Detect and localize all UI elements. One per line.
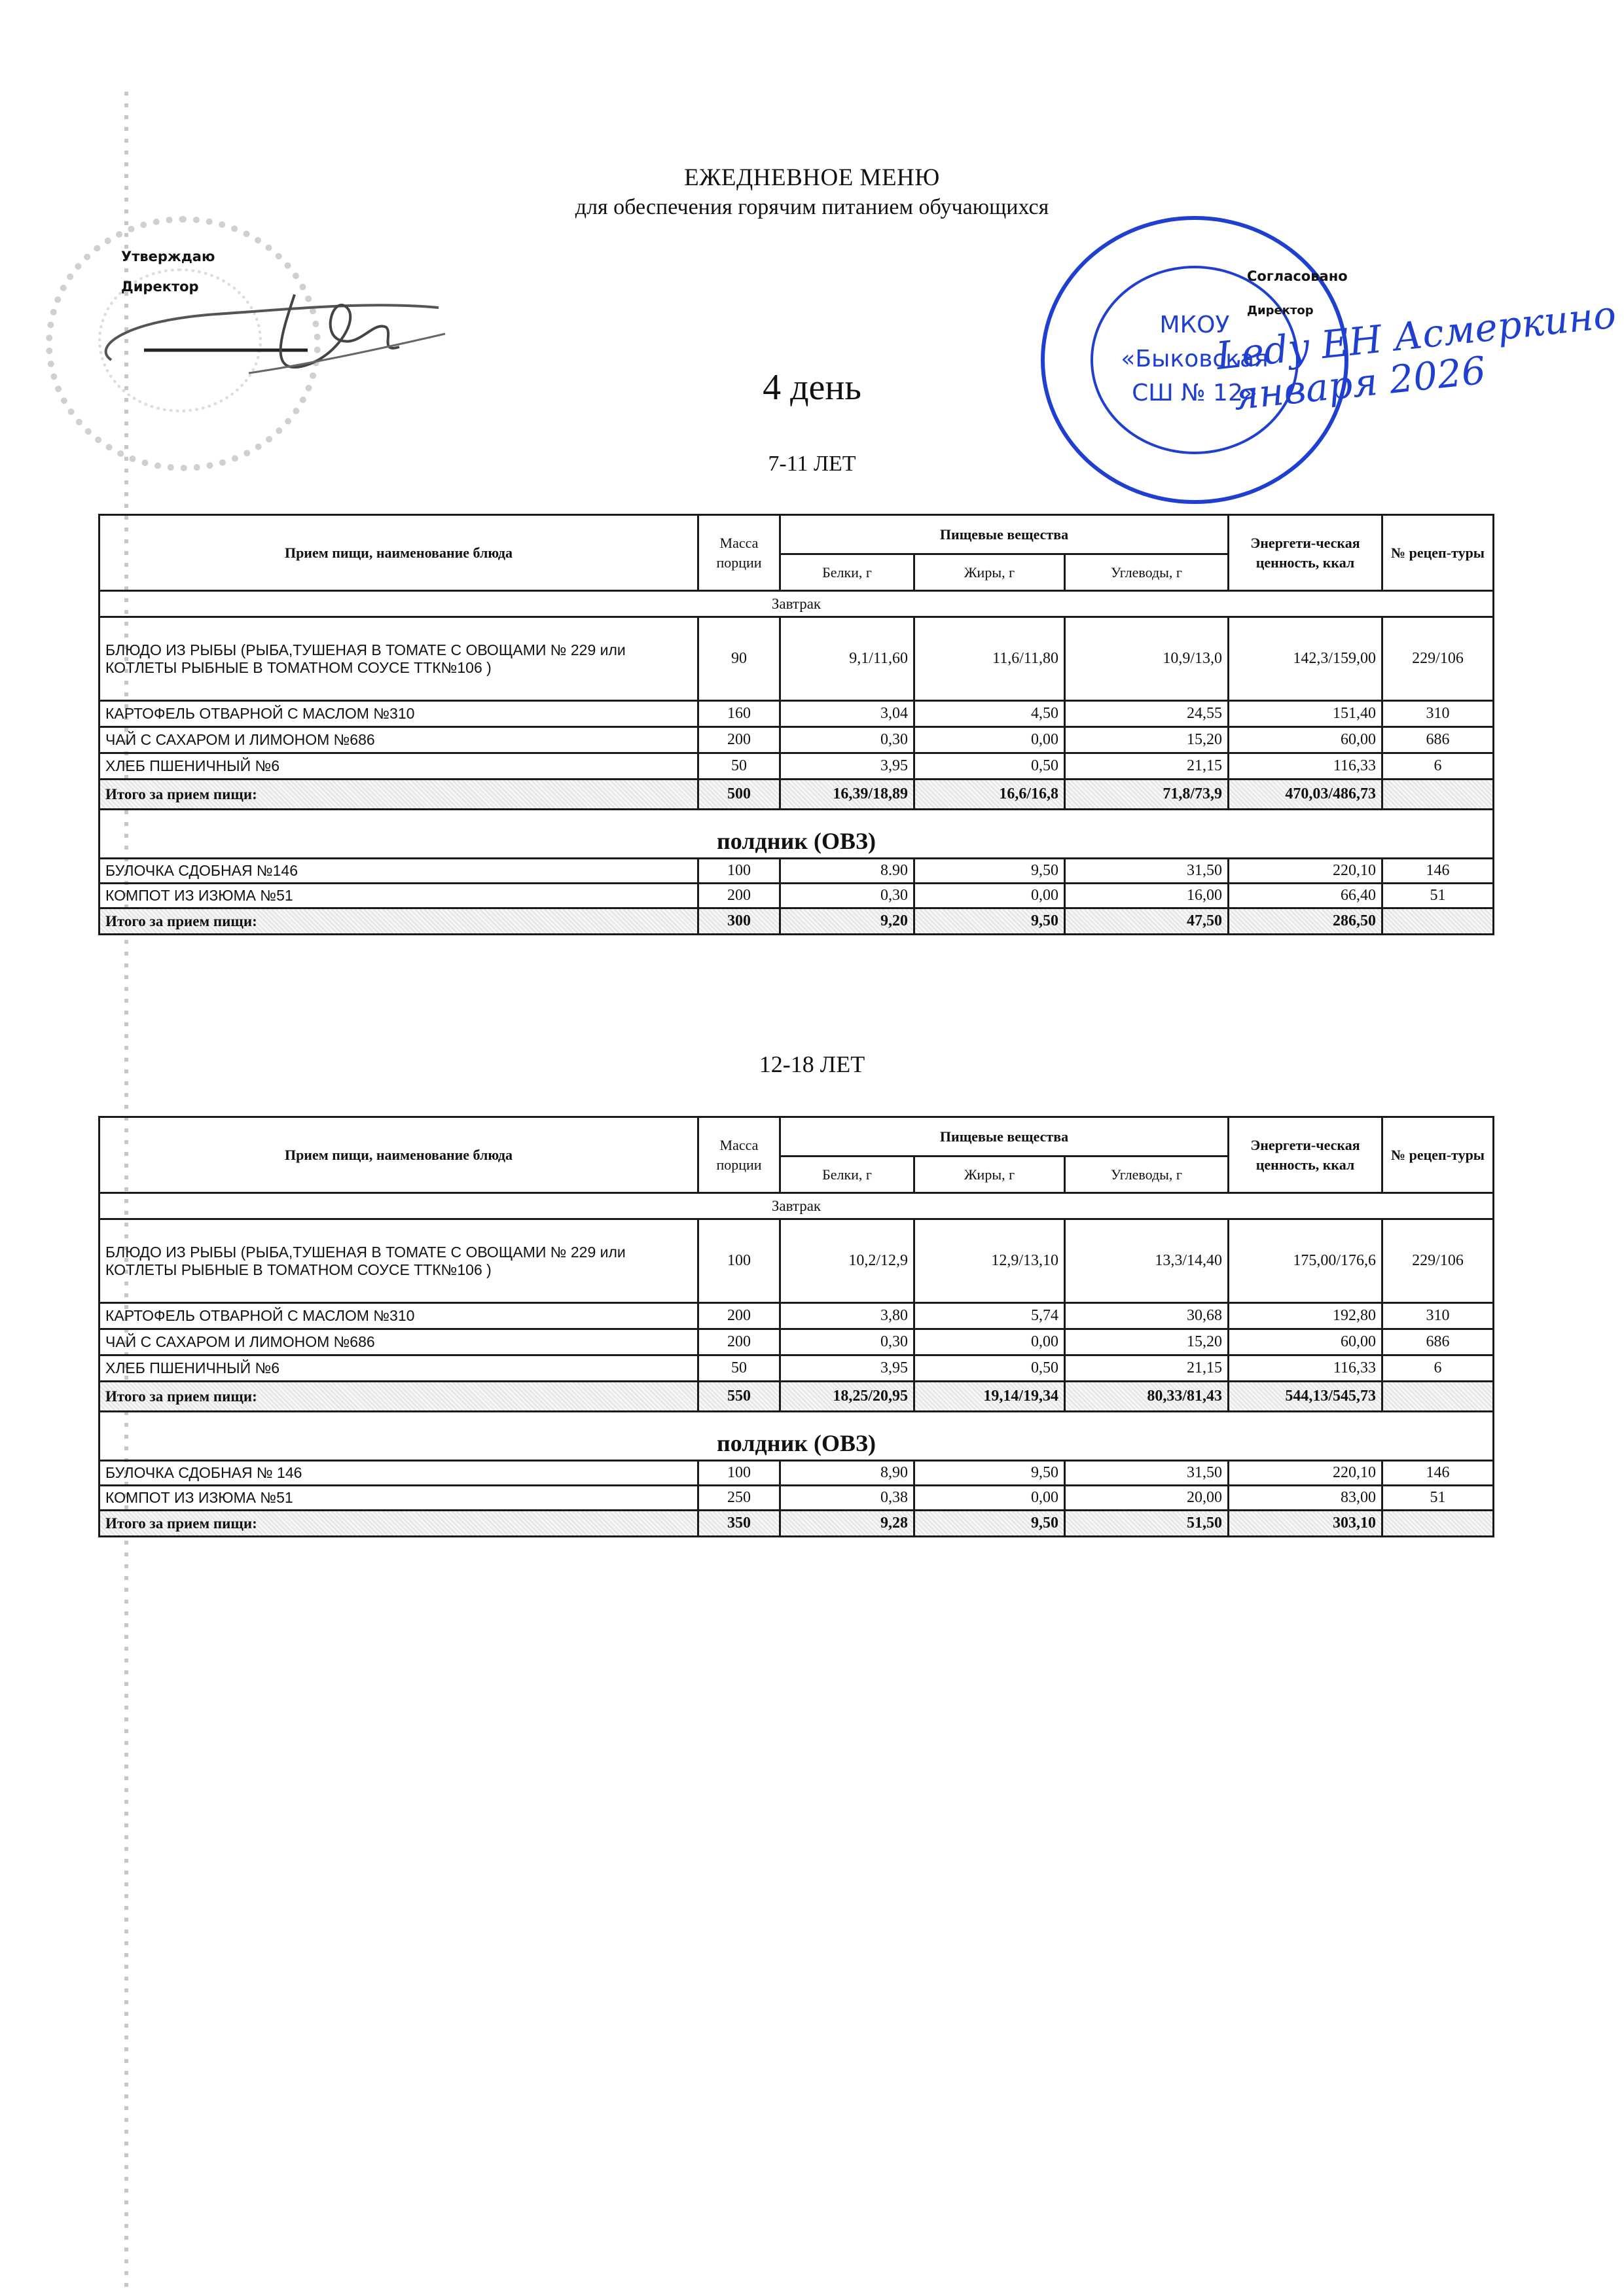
carbs-value: 80,33/81,43 (1065, 1382, 1229, 1412)
energy-value: 220,10 (1229, 1461, 1382, 1486)
carbs-value: 21,15 (1065, 753, 1229, 780)
recipe-number: 51 (1382, 1486, 1494, 1511)
carbs-value: 13,3/14,40 (1065, 1219, 1229, 1303)
column-header-recipe: № рецеп-туры (1382, 1117, 1494, 1193)
table-row: ЧАЙ С САХАРОМ И ЛИМОНОМ №6862000,300,001… (99, 1329, 1494, 1355)
section-row: полдник (ОВЗ) (99, 810, 1494, 859)
age-group-label: 7-11 ЛЕТ (0, 452, 1624, 476)
column-header-nutrients: Пищевые вещества (780, 1117, 1229, 1157)
protein-value: 9,28 (780, 1511, 914, 1537)
fat-value: 9,50 (914, 908, 1065, 935)
portion-mass: 200 (698, 884, 780, 908)
energy-value: 83,00 (1229, 1486, 1382, 1511)
recipe-number: 686 (1382, 727, 1494, 753)
protein-value: 3,80 (780, 1303, 914, 1329)
protein-value: 3,95 (780, 1355, 914, 1382)
day-label: 4 день (0, 367, 1624, 408)
carbs-value: 20,00 (1065, 1486, 1229, 1511)
protein-value: 9,1/11,60 (780, 617, 914, 701)
recipe-number: 51 (1382, 884, 1494, 908)
agreed-role: Директор (1247, 304, 1348, 317)
fat-value: 11,6/11,80 (914, 617, 1065, 701)
fat-value: 0,00 (914, 1329, 1065, 1355)
portion-mass: 100 (698, 859, 780, 884)
dish-name: БУЛОЧКА СДОБНАЯ № 146 (99, 1461, 698, 1486)
dish-name: БУЛОЧКА СДОБНАЯ №146 (99, 859, 698, 884)
protein-value: 3,04 (780, 701, 914, 727)
column-header-protein: Белки, г (780, 554, 914, 591)
recipe-number: 146 (1382, 1461, 1494, 1486)
carbs-value: 21,15 (1065, 1355, 1229, 1382)
table-row: ЧАЙ С САХАРОМ И ЛИМОНОМ №6862000,300,001… (99, 727, 1494, 753)
carbs-value: 51,50 (1065, 1511, 1229, 1537)
dish-name: Итого за прием пищи: (99, 780, 698, 810)
protein-value: 0,30 (780, 884, 914, 908)
energy-value: 175,00/176,6 (1229, 1219, 1382, 1303)
recipe-number: 229/106 (1382, 617, 1494, 701)
protein-value: 10,2/12,9 (780, 1219, 914, 1303)
document-title: ЕЖЕДНЕВНОЕ МЕНЮ (0, 164, 1624, 192)
column-header-energy: Энергети-ческая ценность, ккал (1229, 515, 1382, 591)
portion-mass: 250 (698, 1486, 780, 1511)
energy-value: 60,00 (1229, 1329, 1382, 1355)
table-row: Итого за прием пищи:3009,209,5047,50286,… (99, 908, 1494, 935)
portion-mass: 50 (698, 753, 780, 780)
recipe-number: 310 (1382, 701, 1494, 727)
carbs-value: 71,8/73,9 (1065, 780, 1229, 810)
dish-name: ЧАЙ С САХАРОМ И ЛИМОНОМ №686 (99, 1329, 698, 1355)
dish-name: БЛЮДО ИЗ РЫБЫ (РЫБА,ТУШЕНАЯ В ТОМАТЕ С О… (99, 1219, 698, 1303)
document-subtitle: для обеспечения горячим питанием обучающ… (0, 195, 1624, 220)
column-header-fat: Жиры, г (914, 1157, 1065, 1193)
dish-name: КОМПОТ ИЗ ИЗЮМА №51 (99, 884, 698, 908)
table-row: БЛЮДО ИЗ РЫБЫ (РЫБА,ТУШЕНАЯ В ТОМАТЕ С О… (99, 617, 1494, 701)
dish-name: КАРТОФЕЛЬ ОТВАРНОЙ С МАСЛОМ №310 (99, 1303, 698, 1329)
column-header-recipe: № рецеп-туры (1382, 515, 1494, 591)
recipe-number: 146 (1382, 859, 1494, 884)
fat-value: 9,50 (914, 859, 1065, 884)
dish-name: БЛЮДО ИЗ РЫБЫ (РЫБА,ТУШЕНАЯ В ТОМАТЕ С О… (99, 617, 698, 701)
section-snack: полдник (ОВЗ) (99, 810, 1494, 859)
energy-value: 66,40 (1229, 884, 1382, 908)
portion-mass: 200 (698, 1303, 780, 1329)
carbs-value: 24,55 (1065, 701, 1229, 727)
portion-mass: 550 (698, 1382, 780, 1412)
table-row: ХЛЕБ ПШЕНИЧНЫЙ №6503,950,5021,15116,336 (99, 753, 1494, 780)
table-row: КАРТОФЕЛЬ ОТВАРНОЙ С МАСЛОМ №3102003,805… (99, 1303, 1494, 1329)
recipe-number (1382, 1382, 1494, 1412)
recipe-number: 6 (1382, 1355, 1494, 1382)
carbs-value: 31,50 (1065, 859, 1229, 884)
protein-value: 0,30 (780, 727, 914, 753)
section-breakfast: Завтрак (99, 1193, 1494, 1219)
energy-value: 544,13/545,73 (1229, 1382, 1382, 1412)
table-row: БУЛОЧКА СДОБНАЯ № 1461008,909,5031,50220… (99, 1461, 1494, 1486)
portion-mass: 500 (698, 780, 780, 810)
energy-value: 470,03/486,73 (1229, 780, 1382, 810)
carbs-value: 10,9/13,0 (1065, 617, 1229, 701)
fat-value: 4,50 (914, 701, 1065, 727)
protein-value: 18,25/20,95 (780, 1382, 914, 1412)
protein-value: 8,90 (780, 1461, 914, 1486)
header-row: Прием пищи, наименование блюдаМасса порц… (99, 515, 1494, 554)
table-row: КОМПОТ ИЗ ИЗЮМА №512500,380,0020,0083,00… (99, 1486, 1494, 1511)
portion-mass: 90 (698, 617, 780, 701)
fat-value: 9,50 (914, 1511, 1065, 1537)
portion-mass: 200 (698, 1329, 780, 1355)
column-header-carbs: Углеводы, г (1065, 1157, 1229, 1193)
fat-value: 5,74 (914, 1303, 1065, 1329)
section-breakfast: Завтрак (99, 591, 1494, 617)
column-header-meal: Прием пищи, наименование блюда (99, 515, 698, 591)
recipe-number: 310 (1382, 1303, 1494, 1329)
portion-mass: 50 (698, 1355, 780, 1382)
fat-value: 0,50 (914, 753, 1065, 780)
table-row: КАРТОФЕЛЬ ОТВАРНОЙ С МАСЛОМ №3101603,044… (99, 701, 1494, 727)
portion-mass: 200 (698, 727, 780, 753)
energy-value: 192,80 (1229, 1303, 1382, 1329)
column-header-meal: Прием пищи, наименование блюда (99, 1117, 698, 1193)
recipe-number: 6 (1382, 753, 1494, 780)
age-group-label: 12-18 ЛЕТ (0, 1050, 1624, 1078)
column-header-fat: Жиры, г (914, 554, 1065, 591)
protein-value: 3,95 (780, 753, 914, 780)
fat-value: 0,00 (914, 727, 1065, 753)
table-row: БУЛОЧКА СДОБНАЯ №1461008.909,5031,50220,… (99, 859, 1494, 884)
protein-value: 9,20 (780, 908, 914, 935)
recipe-number (1382, 780, 1494, 810)
portion-mass: 100 (698, 1219, 780, 1303)
energy-value: 151,40 (1229, 701, 1382, 727)
fat-value: 0,00 (914, 884, 1065, 908)
column-header-protein: Белки, г (780, 1157, 914, 1193)
header-row: Прием пищи, наименование блюдаМасса порц… (99, 1117, 1494, 1157)
column-header-energy: Энергети-ческая ценность, ккал (1229, 1117, 1382, 1193)
table-row: Итого за прием пищи:55018,25/20,9519,14/… (99, 1382, 1494, 1412)
energy-value: 286,50 (1229, 908, 1382, 935)
column-header-carbs: Углеводы, г (1065, 554, 1229, 591)
section-row: полдник (ОВЗ) (99, 1412, 1494, 1461)
menu-table-7-11: Прием пищи, наименование блюдаМасса порц… (98, 514, 1494, 935)
fat-value: 9,50 (914, 1461, 1065, 1486)
approval-block: Утверждаю Директор (121, 249, 215, 309)
agreed-label: Согласовано (1247, 268, 1348, 284)
table-row: БЛЮДО ИЗ РЫБЫ (РЫБА,ТУШЕНАЯ В ТОМАТЕ С О… (99, 1219, 1494, 1303)
protein-value: 0,38 (780, 1486, 914, 1511)
table-row: Итого за прием пищи:50016,39/18,8916,6/1… (99, 780, 1494, 810)
dish-name: Итого за прием пищи: (99, 1382, 698, 1412)
section-row: Завтрак (99, 1193, 1494, 1219)
dish-name: КАРТОФЕЛЬ ОТВАРНОЙ С МАСЛОМ №310 (99, 701, 698, 727)
section-snack: полдник (ОВЗ) (99, 1412, 1494, 1461)
table-row: Итого за прием пищи:3509,289,5051,50303,… (99, 1511, 1494, 1537)
approve-label: Утверждаю (121, 249, 215, 264)
carbs-value: 31,50 (1065, 1461, 1229, 1486)
table-row: КОМПОТ ИЗ ИЗЮМА №512000,300,0016,0066,40… (99, 884, 1494, 908)
carbs-value: 30,68 (1065, 1303, 1229, 1329)
recipe-number (1382, 1511, 1494, 1537)
portion-mass: 160 (698, 701, 780, 727)
recipe-number (1382, 908, 1494, 935)
portion-mass: 100 (698, 1461, 780, 1486)
energy-value: 116,33 (1229, 1355, 1382, 1382)
energy-value: 220,10 (1229, 859, 1382, 884)
menu-table-12-18: Прием пищи, наименование блюдаМасса порц… (98, 1116, 1494, 1537)
dish-name: КОМПОТ ИЗ ИЗЮМА №51 (99, 1486, 698, 1511)
energy-value: 142,3/159,00 (1229, 617, 1382, 701)
fat-value: 0,00 (914, 1486, 1065, 1511)
energy-value: 60,00 (1229, 727, 1382, 753)
fat-value: 12,9/13,10 (914, 1219, 1065, 1303)
dish-name: Итого за прием пищи: (99, 1511, 698, 1537)
fat-value: 16,6/16,8 (914, 780, 1065, 810)
section-row: Завтрак (99, 591, 1494, 617)
approve-role: Директор (121, 279, 215, 295)
table-row: ХЛЕБ ПШЕНИЧНЫЙ №6503,950,5021,15116,336 (99, 1355, 1494, 1382)
agreement-block: Согласовано Директор (1247, 268, 1348, 317)
dish-name: ЧАЙ С САХАРОМ И ЛИМОНОМ №686 (99, 727, 698, 753)
protein-value: 0,30 (780, 1329, 914, 1355)
dish-name: Итого за прием пищи: (99, 908, 698, 935)
protein-value: 8.90 (780, 859, 914, 884)
energy-value: 116,33 (1229, 753, 1382, 780)
portion-mass: 350 (698, 1511, 780, 1537)
recipe-number: 229/106 (1382, 1219, 1494, 1303)
portion-mass: 300 (698, 908, 780, 935)
recipe-number: 686 (1382, 1329, 1494, 1355)
column-header-mass: Масса порции (698, 1117, 780, 1193)
dish-name: ХЛЕБ ПШЕНИЧНЫЙ №6 (99, 1355, 698, 1382)
carbs-value: 47,50 (1065, 908, 1229, 935)
fat-value: 19,14/19,34 (914, 1382, 1065, 1412)
carbs-value: 15,20 (1065, 1329, 1229, 1355)
dish-name: ХЛЕБ ПШЕНИЧНЫЙ №6 (99, 753, 698, 780)
column-header-nutrients: Пищевые вещества (780, 515, 1229, 554)
energy-value: 303,10 (1229, 1511, 1382, 1537)
protein-value: 16,39/18,89 (780, 780, 914, 810)
fat-value: 0,50 (914, 1355, 1065, 1382)
column-header-mass: Масса порции (698, 515, 780, 591)
carbs-value: 16,00 (1065, 884, 1229, 908)
carbs-value: 15,20 (1065, 727, 1229, 753)
